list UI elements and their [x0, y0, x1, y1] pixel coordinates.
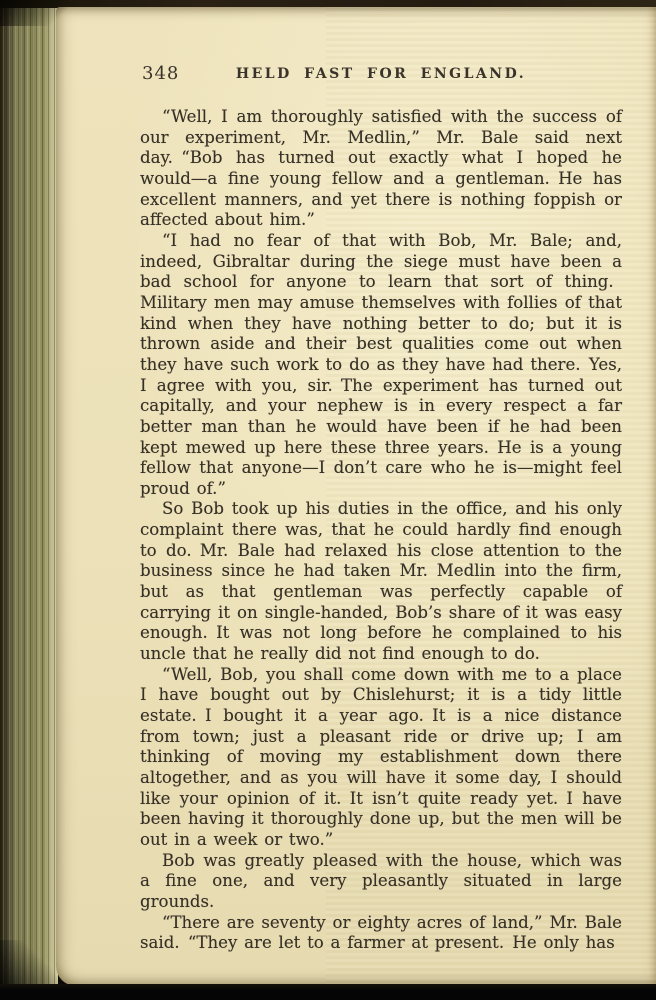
gutter-top-shadow — [0, 0, 70, 26]
body-text: “Well, I am thoroughly satisfied with th… — [140, 107, 622, 954]
book-page-edges — [0, 0, 58, 1000]
paragraph: So Bob took up his duties in the office,… — [140, 499, 622, 664]
paragraph: “Well, Bob, you shall come down with me … — [140, 665, 622, 851]
paragraph: Bob was greatly pleased with the house, … — [140, 851, 622, 913]
paragraph: “I had no fear of that with Bob, Mr. Bal… — [140, 231, 622, 500]
paper-page: 348 HELD FAST FOR ENGLAND. “Well, I am t… — [56, 7, 656, 986]
printed-content: 348 HELD FAST FOR ENGLAND. “Well, I am t… — [140, 63, 622, 954]
running-head: 348 HELD FAST FOR ENGLAND. — [140, 63, 622, 87]
paragraph: “There are seventy or eighty acres of la… — [140, 913, 622, 954]
running-title: HELD FAST FOR ENGLAND. — [140, 66, 622, 82]
scanned-book-page: 348 HELD FAST FOR ENGLAND. “Well, I am t… — [0, 0, 656, 1000]
paragraph: “Well, I am thoroughly satisfied with th… — [140, 107, 622, 231]
book-bottom-edge — [0, 984, 656, 1000]
